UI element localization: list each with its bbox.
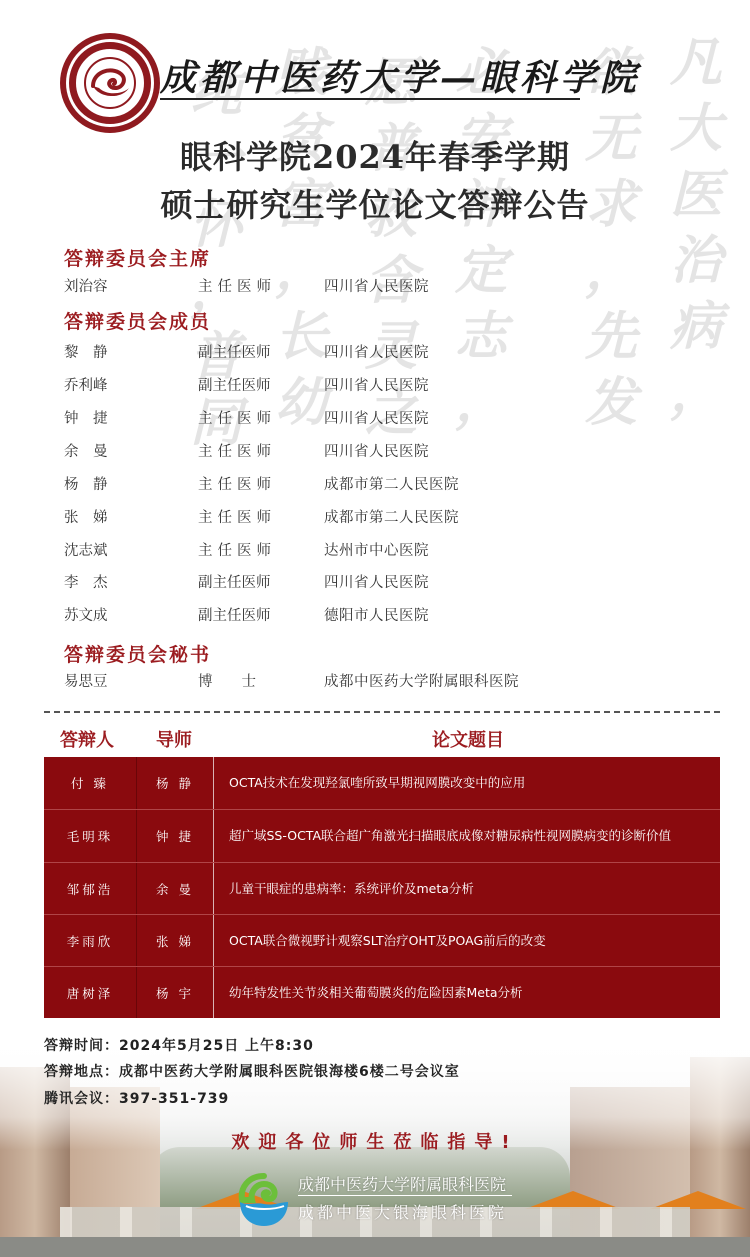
committee-row: 钟 捷 主任医师 四川省人民医院 [64,406,429,428]
student-name: 李雨欣 [44,915,137,966]
header-student: 答辩人 [60,726,114,752]
member-rank: 副主任医师 [198,604,324,625]
committee-row: 李 杰 副主任医师 四川省人民医院 [64,570,429,592]
member-name: 刘治容 [64,275,198,296]
thesis-title: 儿童干眼症的患病率：系统评价及meta分析 [214,863,720,914]
member-org: 成都中医药大学附属眼科医院 [324,670,519,691]
member-org: 四川省人民医院 [324,374,429,395]
member-rank: 博 士 [198,670,324,691]
member-org: 达州市中心医院 [324,539,429,560]
committee-row: 张 娣 主任医师 成都市第二人民医院 [64,505,459,527]
member-org: 四川省人民医院 [324,440,429,461]
header-advisor: 导师 [156,726,192,752]
member-org: 四川省人民医院 [324,275,429,296]
member-org: 成都市第二人民医院 [324,473,459,494]
advisor-name: 张 娣 [137,915,214,966]
member-org: 四川省人民医院 [324,571,429,592]
defense-time: 答辩时间：2024年5月25日 上午8:30 [44,1035,314,1055]
member-org: 成都市第二人民医院 [324,506,459,527]
student-name: 付 臻 [44,757,137,809]
hospital-name-secondary: 成都中医大银海眼科医院 [298,1200,507,1223]
advisor-name: 杨 宇 [137,967,214,1018]
member-name: 钟 捷 [64,407,198,428]
eye-swirl-icon [87,60,133,106]
advisor-name: 杨 静 [137,757,214,809]
member-rank: 主任医师 [198,473,324,494]
committee-row: 刘治容 主任医师 四川省人民医院 [64,274,429,296]
advisor-name: 余 曼 [137,863,214,914]
thesis-title: 幼年特发性关节炎相关葡萄膜炎的危险因素Meta分析 [214,967,720,1018]
section-title-secretary: 答辩委员会秘书 [64,640,211,667]
member-name: 易思豆 [64,670,198,691]
committee-row: 苏文成 副主任医师 德阳市人民医院 [64,603,429,625]
committee-row: 杨 静 主任医师 成都市第二人民医院 [64,472,459,494]
thesis-title: OCTA技术在发现羟氯喹所致早期视网膜改变中的应用 [214,757,720,809]
table-row: 邹郁浩 余 曼 儿童干眼症的患病率：系统评价及meta分析 [44,862,720,914]
dashed-divider [44,711,720,713]
table-header: 答辩人 导师 论文题目 [44,726,720,754]
member-org: 德阳市人民医院 [324,604,429,625]
thesis-table: 付 臻 杨 静 OCTA技术在发现羟氯喹所致早期视网膜改变中的应用 毛明珠 钟 … [44,757,720,1018]
member-name: 张 娣 [64,506,198,527]
defense-place: 答辩地点：成都中医药大学附属眼科医院银海楼6楼二号会议室 [44,1061,460,1081]
hospital-logo-icon [238,1172,290,1228]
student-name: 邹郁浩 [44,863,137,914]
header-thesis: 论文题目 [432,726,504,752]
committee-row: 沈志斌 主任医师 达州市中心医院 [64,538,429,560]
section-title-chair: 答辩委员会主席 [64,244,211,271]
header-underline [160,98,580,100]
table-row: 李雨欣 张 娣 OCTA联合微视野计观察SLT治疗OHT及POAG前后的改变 [44,914,720,966]
member-rank: 主任医师 [198,440,324,461]
member-rank: 主任医师 [198,407,324,428]
section-title-members: 答辩委员会成员 [64,307,211,334]
committee-row: 黎 静 副主任医师 四川省人民医院 [64,340,429,362]
member-name: 黎 静 [64,341,198,362]
thesis-title: OCTA联合微视野计观察SLT治疗OHT及POAG前后的改变 [214,915,720,966]
member-name: 杨 静 [64,473,198,494]
hospital-name-primary: 成都中医药大学附属眼科医院 [298,1172,506,1195]
tencent-meeting-id: 腾讯会议：397-351-739 [44,1088,229,1108]
school-name: 成都中医药大学—眼科学院 [160,50,580,101]
watermark-column: 凡大医治病， [670,30,722,426]
student-name: 唐树泽 [44,967,137,1018]
member-rank: 副主任医师 [198,374,324,395]
committee-row: 余 曼 主任医师 四川省人民医院 [64,439,429,461]
member-name: 李 杰 [64,571,198,592]
page-title-line1: 眼科学院2024年春季学期 [0,132,750,178]
university-seal-icon [60,33,160,133]
member-rank: 副主任医师 [198,571,324,592]
table-row: 唐树泽 杨 宇 幼年特发性关节炎相关葡萄膜炎的危险因素Meta分析 [44,966,720,1018]
member-rank: 主任医师 [198,539,324,560]
page-title-line2: 硕士研究生学位论文答辩公告 [0,180,750,226]
member-org: 四川省人民医院 [324,341,429,362]
table-row: 付 臻 杨 静 OCTA技术在发现羟氯喹所致早期视网膜改变中的应用 [44,757,720,809]
committee-row: 易思豆 博 士 成都中医药大学附属眼科医院 [64,669,519,691]
member-name: 苏文成 [64,604,198,625]
member-rank: 副主任医师 [198,341,324,362]
table-row: 毛明珠 钟 捷 超广域SS-OCTA联合超广角激光扫描眼底成像对糖尿病性视网膜病… [44,809,720,862]
member-name: 乔利峰 [64,374,198,395]
member-org: 四川省人民医院 [324,407,429,428]
member-rank: 主任医师 [198,275,324,296]
hospital-divider [298,1195,512,1196]
thesis-title: 超广域SS-OCTA联合超广角激光扫描眼底成像对糖尿病性视网膜病变的诊断价值 [214,810,720,862]
committee-row: 乔利峰 副主任医师 四川省人民医院 [64,373,429,395]
member-rank: 主任医师 [198,506,324,527]
member-name: 沈志斌 [64,539,198,560]
student-name: 毛明珠 [44,810,137,862]
ground [0,1237,750,1257]
member-name: 余 曼 [64,440,198,461]
watermark-column: 欲无求，先发 [585,40,637,436]
advisor-name: 钟 捷 [137,810,214,862]
welcome-banner: 欢迎各位师生莅临指导! [0,1128,750,1154]
